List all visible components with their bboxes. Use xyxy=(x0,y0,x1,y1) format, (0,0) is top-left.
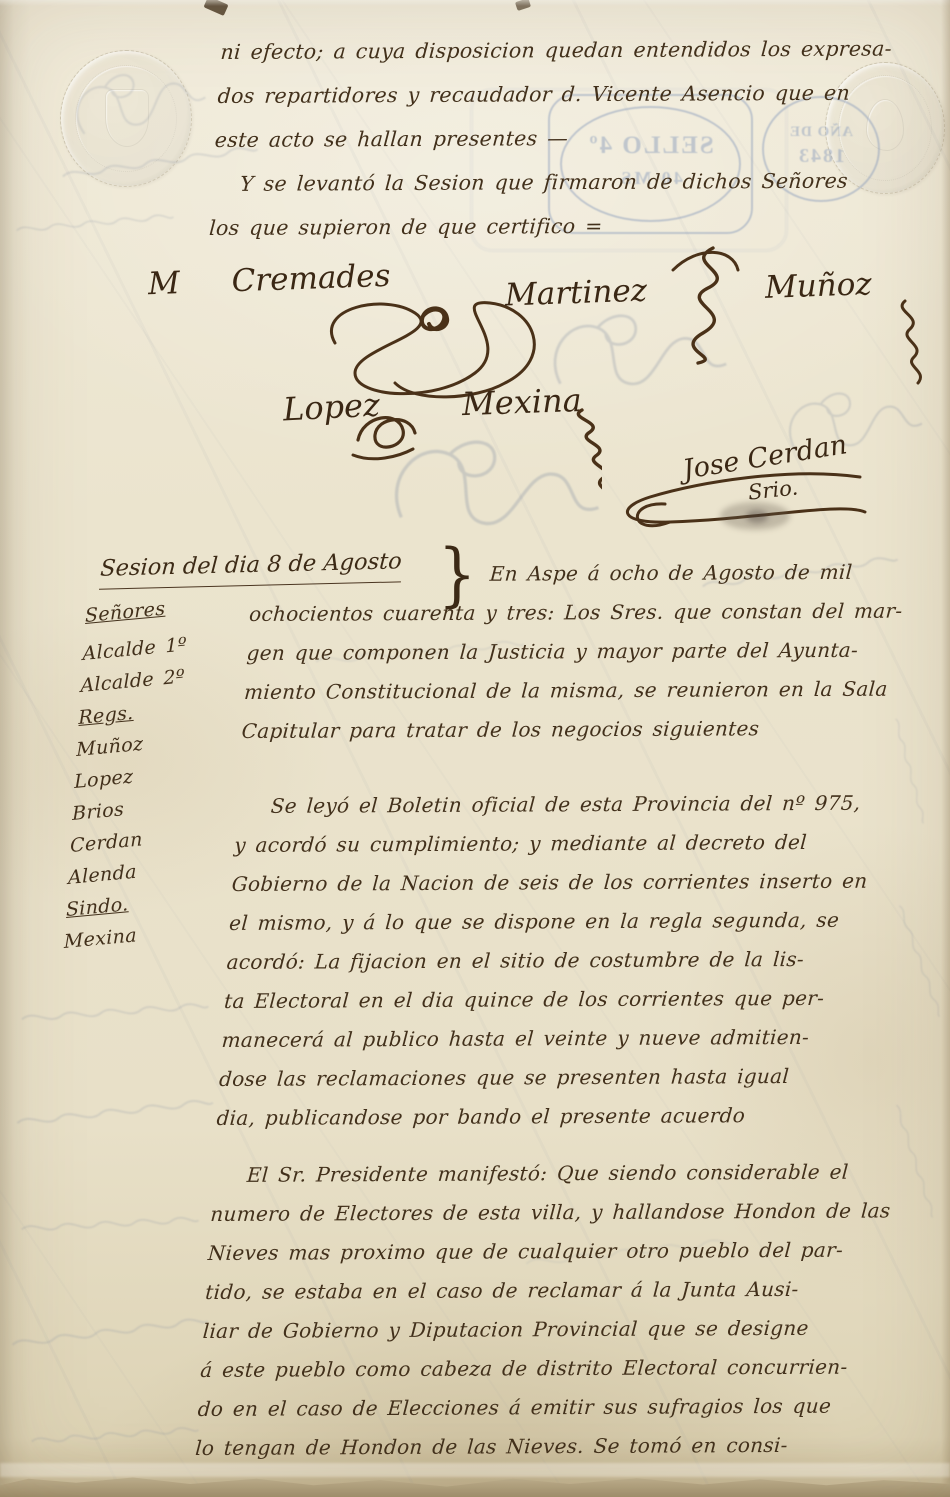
signature-rubric-mexina xyxy=(552,405,602,523)
ink-showthrough xyxy=(14,205,175,241)
page-edge-top xyxy=(0,0,950,6)
manuscript-line: ochocientos cuarenta y tres: Los Sres. q… xyxy=(248,592,916,634)
signature-martinez: Martinez xyxy=(504,273,647,314)
ink-showthrough xyxy=(886,1101,944,1222)
manuscript-line: El Sr. Presidente manifestó: Que siendo … xyxy=(212,1153,880,1195)
manuscript-line: manecerá al publico hasta el veinte y nu… xyxy=(220,1018,888,1060)
manuscript-line: tido, se estaba en el caso de reclamar á… xyxy=(204,1270,872,1312)
manuscript-line: Y se levantó la Sesion que firmaron de d… xyxy=(211,158,904,206)
attendees-margin-list: SeñoresAlcalde 1ºAlcalde 2ºRegs.MuñozLop… xyxy=(63,599,251,958)
page-edge-right xyxy=(941,0,950,1497)
manuscript-line: ta Electoral en el dia quince de los cor… xyxy=(223,979,891,1021)
page-edge-worn-band xyxy=(0,1463,950,1477)
ink-showthrough xyxy=(14,1090,215,1135)
manuscript-line: el mismo, y á lo que se dispone en la re… xyxy=(228,901,896,943)
ink-showthrough xyxy=(19,993,210,1030)
manuscript-line: dos repartidores y recaudador d. Vicente… xyxy=(216,70,909,118)
session-paragraph-1: En Aspe á ocho de Agosto de milochocient… xyxy=(240,553,918,751)
ink-smudge xyxy=(746,510,768,523)
signature-rubric-martinez xyxy=(645,240,750,365)
manuscript-line: y acordó su cumplimiento; y mediante al … xyxy=(233,823,901,865)
manuscript-line: liar de Gobierno y Diputacion Provincial… xyxy=(202,1309,870,1351)
manuscript-line: Capitular para tratar de los negocios si… xyxy=(240,709,908,751)
manuscript-line: En Aspe á ocho de Agosto de mil xyxy=(250,553,918,595)
ink-showthrough xyxy=(19,1207,200,1240)
manuscript-line: dia, publicandose por bando el presente … xyxy=(215,1096,883,1138)
manuscript-line: numero de Electores de esta villa, y hal… xyxy=(209,1192,877,1234)
session-paragraph-2: Se leyó el Boletin oficial de esta Provi… xyxy=(215,784,903,1138)
session-paragraph-3: El Sr. Presidente manifestó: Que siendo … xyxy=(194,1153,879,1468)
ink-showthrough xyxy=(9,1308,210,1356)
signature-munoz: Muñoz xyxy=(764,266,872,306)
signature-rubric-munoz xyxy=(880,296,925,391)
manuscript-line: dose las reclamaciones que se presenten … xyxy=(218,1057,886,1099)
manuscript-line: acordó: La fijacion en el sitio de costu… xyxy=(225,940,893,982)
manuscript-line: á este pueblo como cabeza de distrito El… xyxy=(199,1348,867,1390)
session-body: En Aspe á ocho de Agosto de milochocient… xyxy=(194,553,918,1468)
manuscript-line: gen que componen la Justicia y mayor par… xyxy=(245,631,913,673)
manuscript-line: do en el caso de Elecciones á emitir sus… xyxy=(197,1387,865,1429)
manuscript-line: Nieves mas proximo que de cualquier otro… xyxy=(207,1231,875,1273)
manuscript-line: miento Constitucional de la misma, se re… xyxy=(243,670,911,712)
manuscript-page: SELLO 4º 40 MS AÑO DE 1843 ni efecto; a … xyxy=(0,0,950,1497)
manuscript-line: lo tengan de Hondon de las Nieves. Se to… xyxy=(194,1426,862,1468)
ink-showthrough xyxy=(29,1418,200,1452)
manuscript-line: Se leyó el Boletin oficial de esta Provi… xyxy=(236,784,904,826)
closing-paragraph: ni efecto; a cuya disposicion quedan ent… xyxy=(208,26,912,250)
signature-rubric-lopez xyxy=(348,400,418,462)
manuscript-line: los que supieron de que certifico = xyxy=(208,202,901,250)
manuscript-line: este acto se hallan presentes — xyxy=(213,114,906,162)
manuscript-line: ni efecto; a cuya disposicion quedan ent… xyxy=(219,26,912,74)
manuscript-line: Gobierno de la Nacion de seis de los cor… xyxy=(230,862,898,904)
